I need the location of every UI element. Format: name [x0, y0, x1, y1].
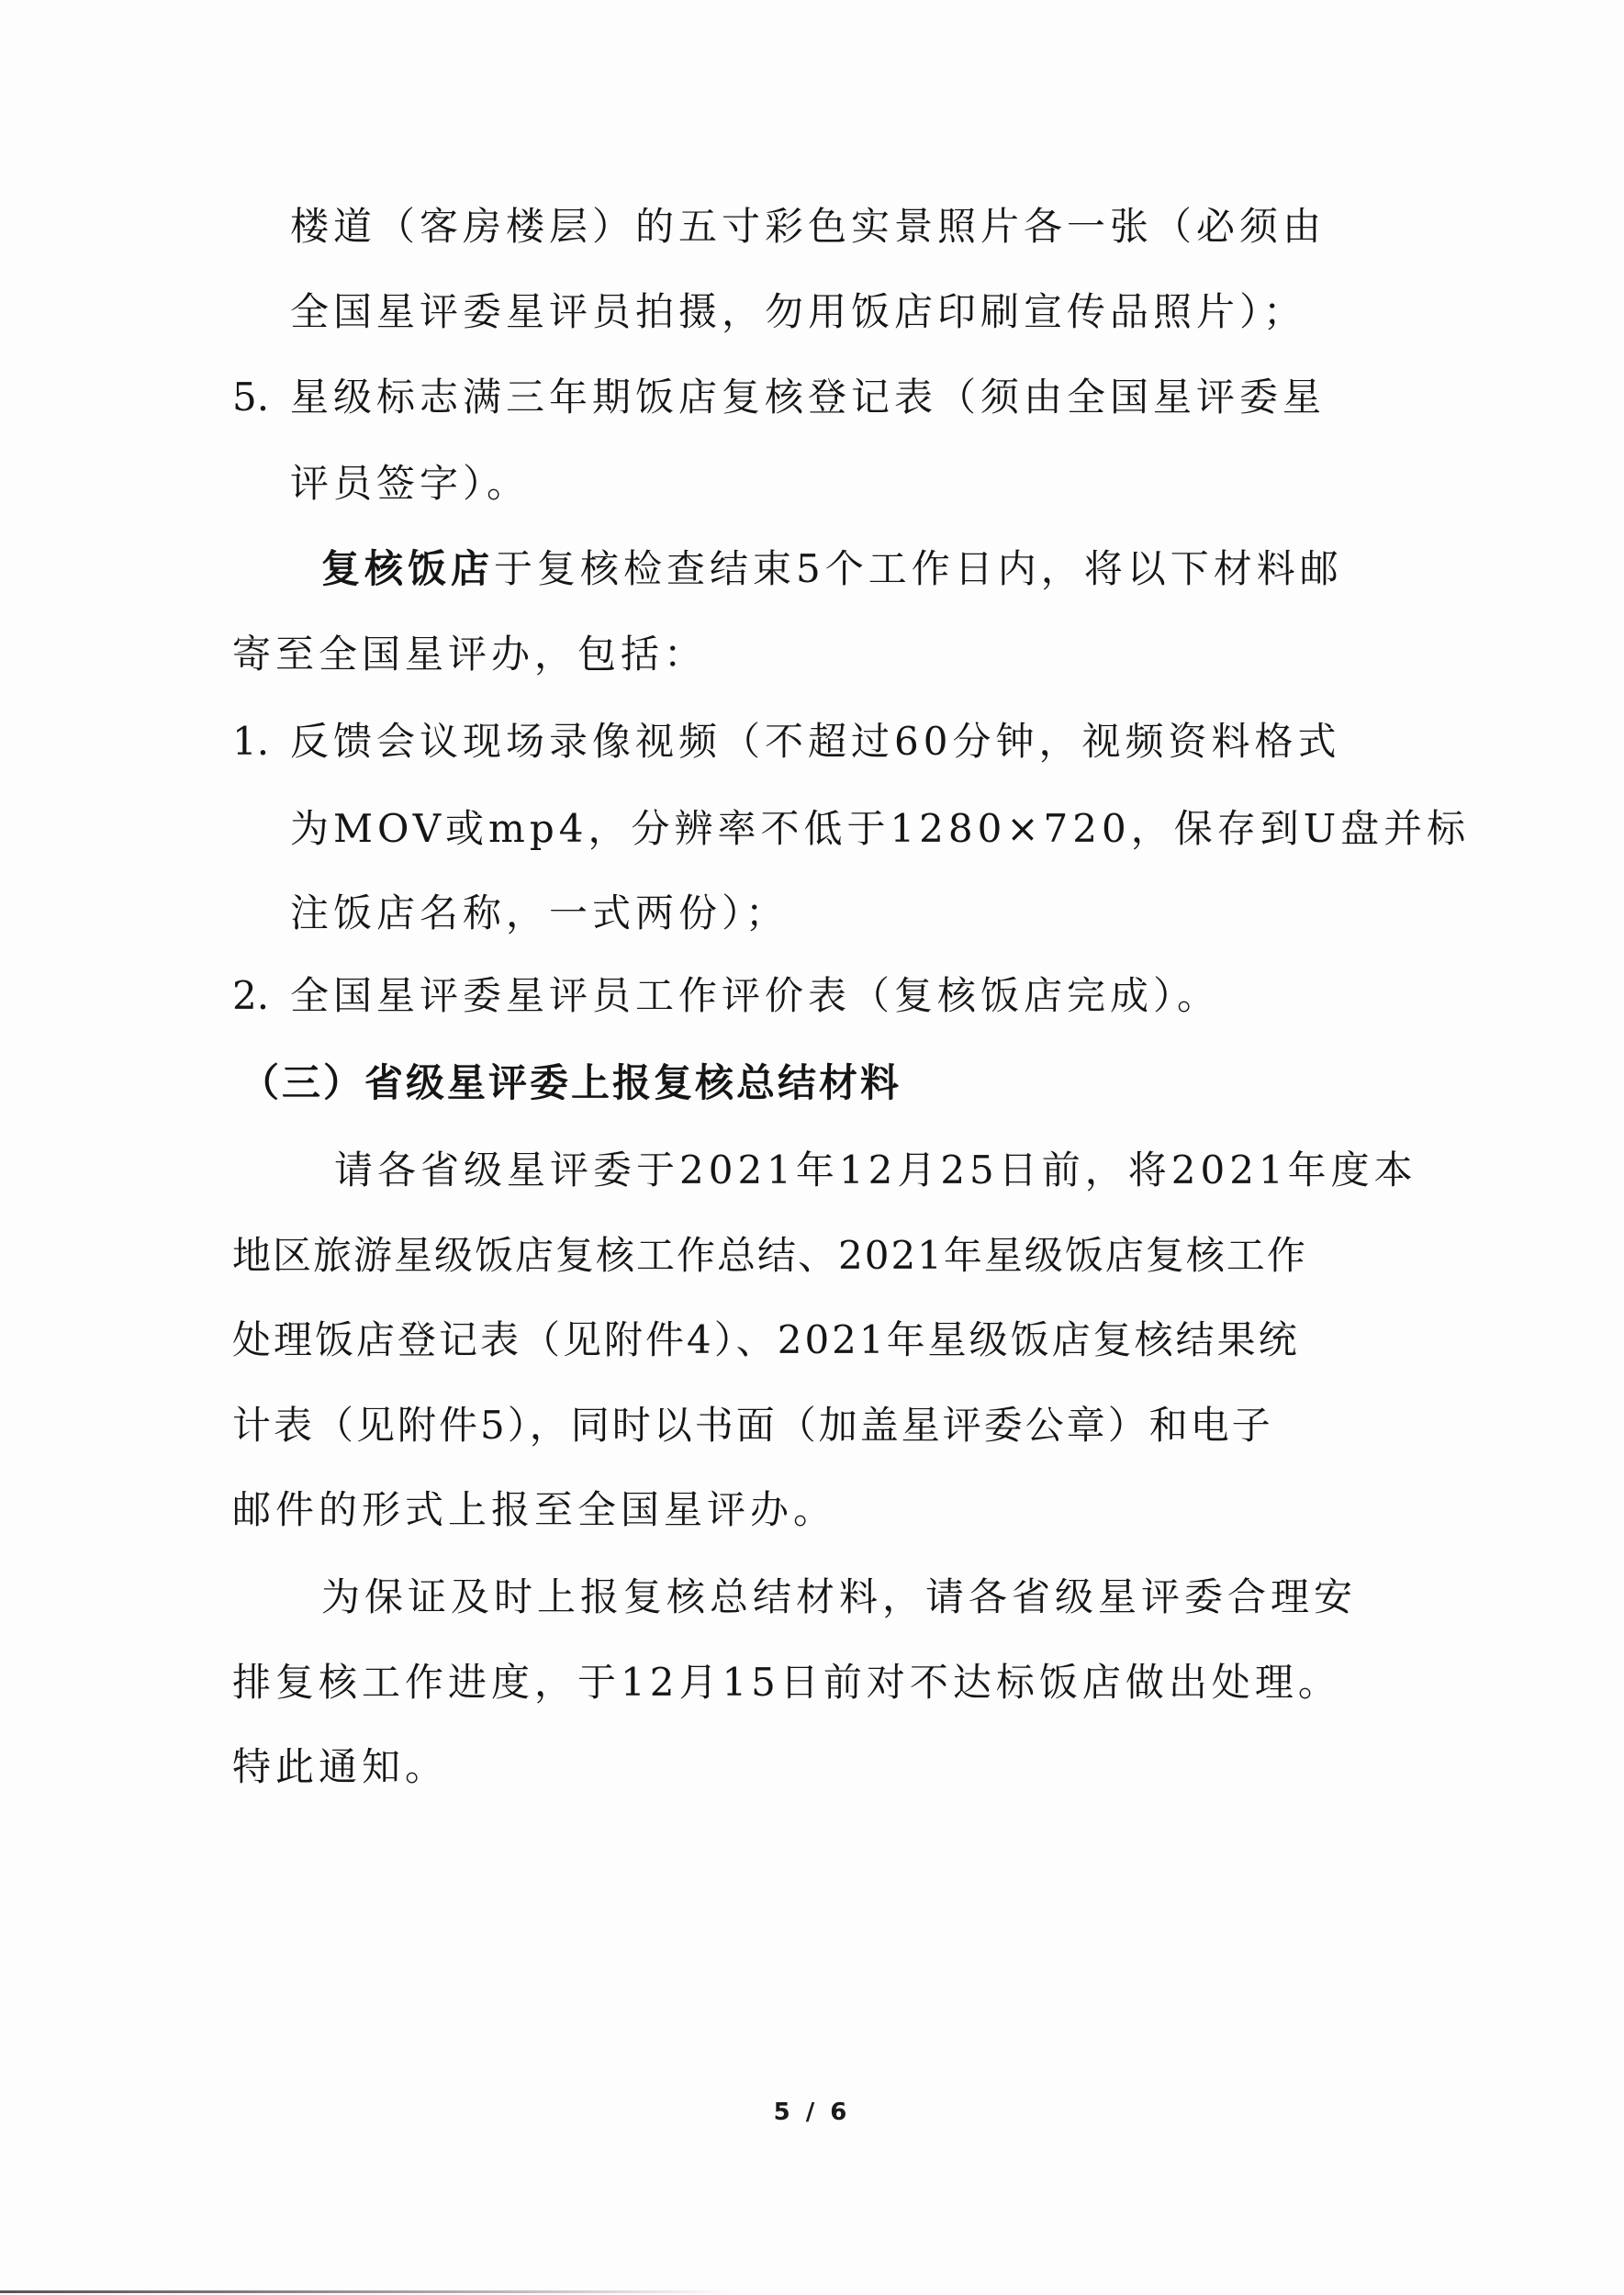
- paragraph-deadline-line-2: 地区旅游星级饭店复核工作总结、2021年星级饭店复核工作: [232, 1233, 1307, 1279]
- body-text: 计表（见附件5），同时以书面（加盖星评委公章）和电子: [232, 1403, 1273, 1448]
- closing-text: 特此通知。: [232, 1744, 448, 1789]
- list-number: 2.: [232, 973, 290, 1019]
- list-item-1: 1.反馈会议现场录像视频（不超过60分钟，视频资料格式: [232, 719, 1340, 765]
- paragraph-schedule-line-2: 排复核工作进度，于12月15日前对不达标饭店做出处理。: [232, 1660, 1341, 1706]
- body-text: 排复核工作进度，于12月15日前对不达标饭店做出处理。: [232, 1660, 1341, 1705]
- list-number: 1.: [232, 719, 290, 765]
- body-text: 请各省级星评委于2021年12月25日前，将2021年度本: [334, 1147, 1417, 1192]
- body-text: 注饭店名称，一式两份）；: [290, 890, 789, 935]
- list-item-4-continuation-line-1: 楼道（客房楼层）的五寸彩色实景照片各一张（必须由: [290, 204, 1326, 250]
- list-item-2: 2.全国星评委星评员工作评价表（复核饭店完成）。: [232, 973, 1220, 1019]
- page-number: 5 / 6: [0, 2099, 1624, 2126]
- list-item-5-continuation: 评员签字）。: [290, 461, 530, 507]
- paragraph-deadline-line-4: 计表（见附件5），同时以书面（加盖星评委公章）和电子: [232, 1403, 1273, 1449]
- body-text: 楼道（客房楼层）的五寸彩色实景照片各一张（必须由: [290, 204, 1326, 249]
- body-text: 星级标志满三年期饭店复核登记表（须由全国星评委星: [290, 375, 1326, 420]
- body-text: 全国星评委星评员拍摄，勿用饭店印刷宣传品照片）；: [290, 289, 1306, 334]
- bold-lead-text: 复核饭店: [321, 546, 494, 591]
- paragraph-review-hotel-line-2: 寄至全国星评办，包括：: [232, 632, 707, 677]
- body-text: 地区旅游星级饭店复核工作总结、2021年星级饭店复核工作: [232, 1233, 1307, 1278]
- body-text: 寄至全国星评办，包括：: [232, 632, 707, 677]
- list-item-5: 5.星级标志满三年期饭店复核登记表（须由全国星评委星: [232, 375, 1326, 420]
- body-text: 为MOV或mp4，分辨率不低于1280×720，保存到U盘并标: [290, 806, 1470, 851]
- list-item-1-continuation-line-2: 注饭店名称，一式两份）；: [290, 890, 789, 936]
- list-item-4-continuation-line-2: 全国星评委星评员拍摄，勿用饭店印刷宣传品照片）；: [290, 289, 1306, 335]
- body-text: 邮件的形式上报至全国星评办。: [232, 1487, 836, 1532]
- body-text: 为保证及时上报复核总结材料，请各省级星评委合理安: [321, 1574, 1357, 1619]
- paragraph-review-hotel-line-1: 复核饭店于复核检查结束5个工作日内，将以下材料邮: [321, 546, 1343, 592]
- list-item-1-continuation-line-1: 为MOV或mp4，分辨率不低于1280×720，保存到U盘并标: [290, 806, 1470, 852]
- list-number: 5.: [232, 375, 290, 420]
- body-text: 评员签字）。: [290, 461, 530, 506]
- document-page: 楼道（客房楼层）的五寸彩色实景照片各一张（必须由 全国星评委星评员拍摄，勿用饭店…: [0, 0, 1624, 2295]
- body-text: 于复核检查结束5个工作日内，将以下材料邮: [494, 546, 1343, 591]
- closing-line: 特此通知。: [232, 1744, 448, 1790]
- section-heading-text: （三）省级星评委上报复核总结材料: [241, 1060, 902, 1105]
- body-text: 处理饭店登记表（见附件4）、2021年星级饭店复核结果统: [232, 1317, 1300, 1362]
- body-text: 反馈会议现场录像视频（不超过60分钟，视频资料格式: [290, 719, 1340, 764]
- paragraph-deadline-line-5: 邮件的形式上报至全国星评办。: [232, 1487, 836, 1533]
- body-text: 全国星评委星评员工作评价表（复核饭店完成）。: [290, 973, 1220, 1018]
- paragraph-deadline-line-1: 请各省级星评委于2021年12月25日前，将2021年度本: [334, 1147, 1417, 1193]
- paragraph-schedule-line-1: 为保证及时上报复核总结材料，请各省级星评委合理安: [321, 1574, 1357, 1620]
- scan-edge-line: [0, 2290, 734, 2293]
- section-heading: （三）省级星评委上报复核总结材料: [241, 1060, 902, 1106]
- paragraph-deadline-line-3: 处理饭店登记表（见附件4）、2021年星级饭店复核结果统: [232, 1317, 1300, 1363]
